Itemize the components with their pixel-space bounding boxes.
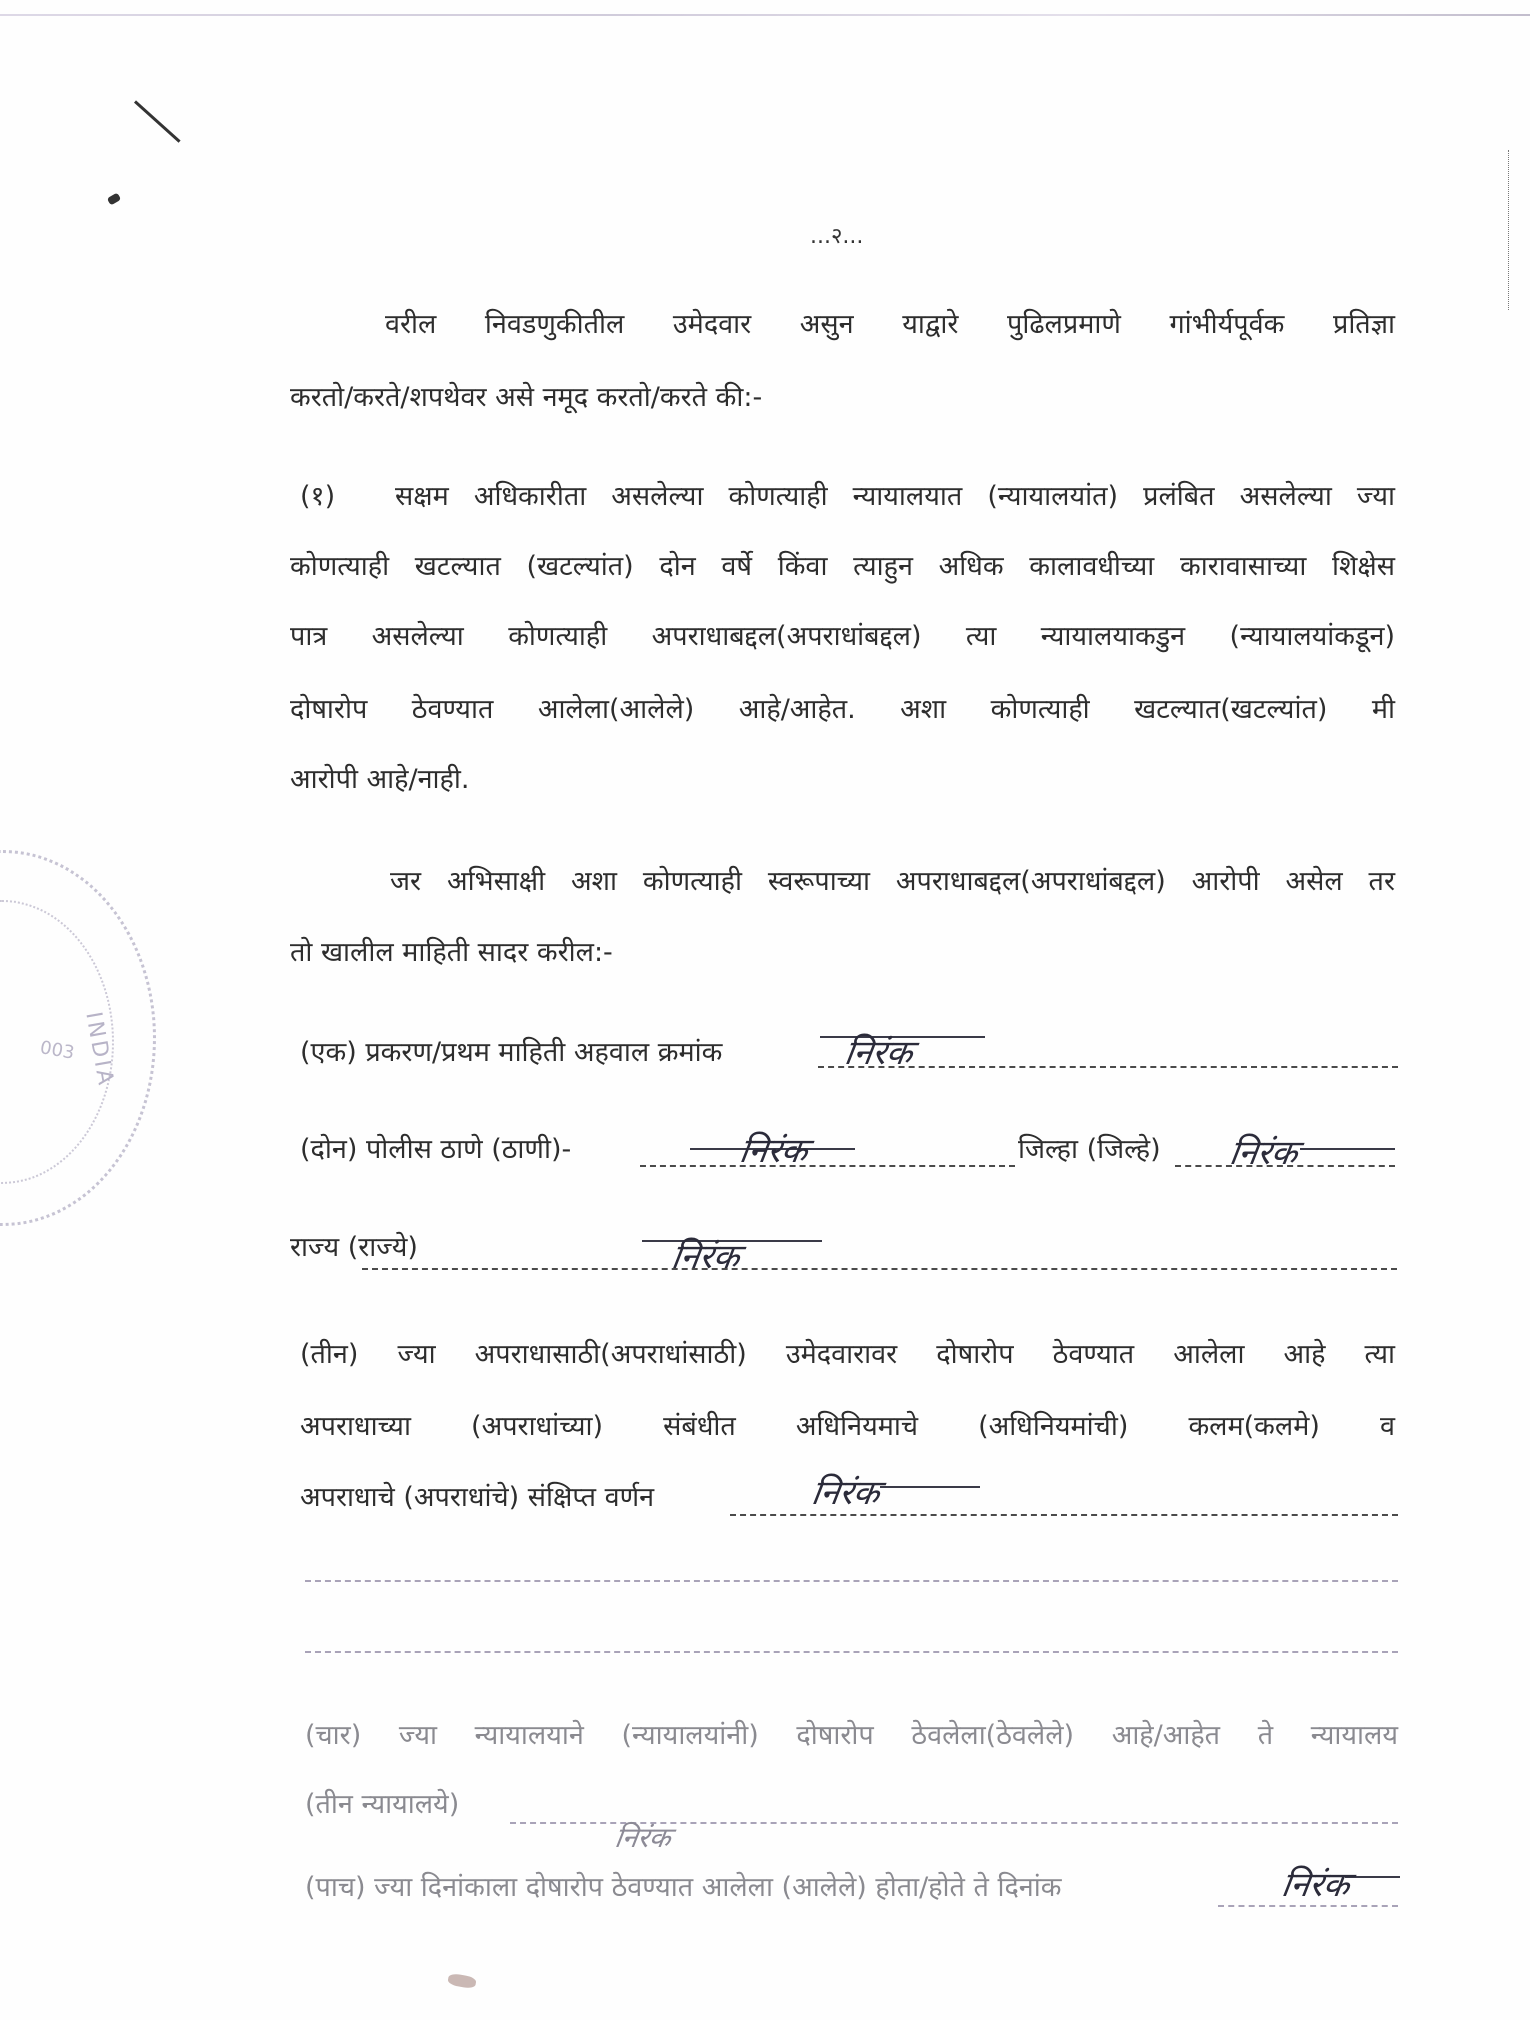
- scan-edge-top: [0, 14, 1530, 16]
- field-3-handwritten-value: निरंक: [809, 1468, 883, 1514]
- field-3-extra-line-2[interactable]: [305, 1651, 1398, 1653]
- field-3-label: अपराधाचे (अपराधांचे) संक्षिप्त वर्णन: [300, 1478, 654, 1518]
- section-1-line-4: दोषारोप ठेवण्यात आलेला(आलेले) आहे/आहेत. …: [290, 690, 1395, 730]
- scan-edge-right: [1508, 150, 1510, 310]
- field-5-handwriting-stroke: [1345, 1876, 1400, 1878]
- field-3-extra-line-1[interactable]: [305, 1580, 1398, 1582]
- field-4-handwritten-value: निरंक: [612, 1818, 673, 1856]
- intro-line-2: करतो/करते/शपथेवर असे नमूद करतो/करते की:-: [290, 378, 762, 418]
- page-number: ...२...: [810, 220, 863, 250]
- field-4-label: (तीन न्यायालये): [305, 1785, 459, 1825]
- field-3-line-2: अपराधाच्या (अपराधांच्या) संबंधीत अधिनियम…: [300, 1407, 1395, 1447]
- stray-pen-mark: [134, 100, 181, 142]
- field-2-police-station-blank[interactable]: [640, 1165, 1015, 1167]
- field-3-handwriting-stroke: [880, 1486, 980, 1488]
- section-1-line-1: सक्षम अधिकारीता असलेल्या कोणत्याही न्याय…: [395, 477, 1395, 517]
- field-5-handwritten-value: निरंक: [1279, 1860, 1353, 1906]
- state-label: राज्य (राज्ये): [290, 1228, 418, 1268]
- ink-blot: [447, 1973, 477, 1990]
- section-1-line-5: आरोपी आहे/नाही.: [290, 760, 469, 800]
- section-1-line-2: कोणत्याही खटल्यात (खटल्यांत) दोन वर्षे क…: [290, 547, 1395, 587]
- stray-ink-blot: [107, 193, 121, 206]
- field-3-blank[interactable]: [730, 1514, 1398, 1516]
- section-1-line-3: पात्र असलेल्या कोणत्याही अपराधाबद्दल(अपर…: [290, 617, 1395, 657]
- field-2-district-label: जिल्हा (जिल्हे): [1018, 1130, 1161, 1170]
- field-2-label: (दोन) पोलीस ठाणे (ठाणी)-: [300, 1130, 571, 1170]
- intro-line-1: वरील निवडणुकीतील उमेदवार असुन याद्वारे प…: [385, 305, 1395, 345]
- field-5-label: (पाच) ज्या दिनांकाला दोषारोप ठेवण्यात आल…: [305, 1868, 1062, 1908]
- state-handwritten-value: निरंक: [669, 1232, 743, 1278]
- field-1-handwritten-value: निरंक: [842, 1028, 916, 1074]
- field-3-line-1: (तीन) ज्या अपराधासाठी(अपराधांसाठी) उमेदव…: [300, 1335, 1395, 1375]
- field-2-district-handwriting-stroke: [1300, 1148, 1395, 1150]
- section-1-number: (१): [300, 477, 335, 517]
- field-1-label: (एक) प्रकरण/प्रथम माहिती अहवाल क्रमांक: [300, 1033, 722, 1073]
- conditional-line-1: जर अभिसाक्षी अशा कोणत्याही स्वरूपाच्या अ…: [390, 862, 1395, 902]
- field-2-handwritten-value: निरंक: [737, 1126, 811, 1172]
- field-2-district-handwritten-value: निरंक: [1227, 1128, 1301, 1174]
- state-blank[interactable]: [362, 1268, 1397, 1270]
- scanned-document-page: INDIA 003 ...२... वरील निवडणुकीतील उमेदव…: [0, 0, 1530, 2020]
- field-4-line-1: (चार) ज्या न्यायालयाने (न्यायालयांनी) दो…: [305, 1716, 1398, 1756]
- conditional-line-2: तो खालील माहिती सादर करील:-: [290, 933, 613, 973]
